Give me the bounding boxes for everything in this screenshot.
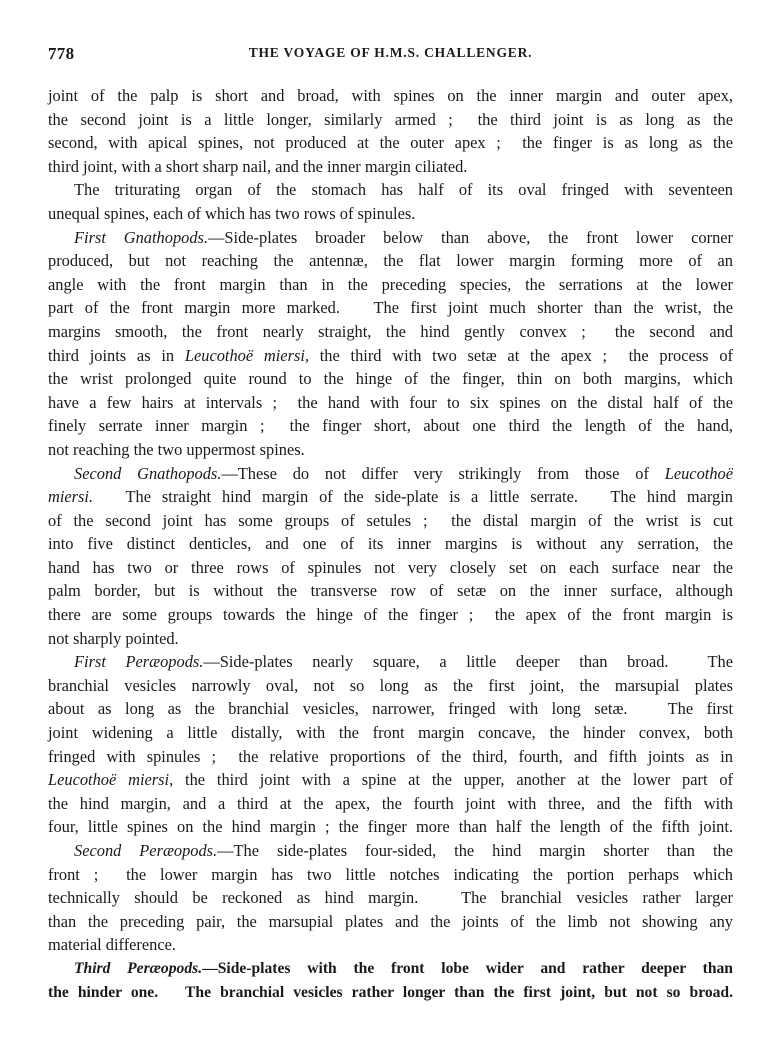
text-line: third joint, with a short sharp nail, an…: [48, 155, 733, 179]
text-line: there are some groups towards the hinge …: [48, 603, 733, 627]
text-line: First Peræopods.—Side-plates nearly squa…: [48, 650, 733, 674]
text-line: Leucothoë miersi, the third joint with a…: [48, 768, 733, 792]
text-span: hand has two or three rows of spinules n…: [48, 558, 733, 577]
italic-text: miersi.: [48, 487, 93, 506]
text-span: the hinder one. The branchial vesicles r…: [48, 984, 733, 1001]
text-line: The triturating organ of the stomach has…: [48, 178, 733, 202]
text-span: produced, but not reaching the antennæ, …: [48, 251, 733, 270]
document-page: 778 THE VOYAGE OF H.M.S. CHALLENGER. joi…: [48, 44, 733, 1004]
italic-text: First Peræopods.: [74, 652, 203, 671]
text-line: margins smooth, the front nearly straigh…: [48, 320, 733, 344]
text-line: than the preceding pair, the marsupial p…: [48, 910, 733, 934]
text-line: Third Peræopods.—Side-plates with the fr…: [48, 957, 733, 981]
text-line: branchial vesicles narrowly oval, not so…: [48, 674, 733, 698]
text-line: not reaching the two uppermost spines.: [48, 438, 733, 462]
text-span: third joints as in: [48, 346, 185, 365]
text-span: , the third with two setæ at the apex ; …: [305, 346, 733, 365]
text-line: technically should be reckoned as hind m…: [48, 886, 733, 910]
text-line: four, little spines on the hind margin ;…: [48, 815, 733, 839]
text-span: part of the front margin more marked. Th…: [48, 298, 733, 317]
text-line: of the second joint has some groups of s…: [48, 509, 733, 533]
text-line: miersi. The straight hind margin of the …: [48, 485, 733, 509]
text-line: finely serrate inner margin ; the finger…: [48, 414, 733, 438]
text-span: material difference.: [48, 935, 176, 954]
text-span: of the second joint has some groups of s…: [48, 511, 733, 530]
text-span: there are some groups towards the hinge …: [48, 605, 733, 624]
body-text: joint of the palp is short and broad, wi…: [48, 84, 733, 1004]
text-line: not sharply pointed.: [48, 627, 733, 651]
text-span: —These do not differ very strikingly fro…: [221, 464, 664, 483]
text-span: The straight hind margin of the side-pla…: [93, 487, 733, 506]
text-span: fringed with spinules ; the relative pro…: [48, 747, 733, 766]
italic-text: Second Gnathopods.: [74, 464, 221, 483]
text-line: palm border, but is without the transver…: [48, 579, 733, 603]
text-line: Second Gnathopods.—These do not differ v…: [48, 462, 733, 486]
text-line: angle with the front margin than in the …: [48, 273, 733, 297]
text-span: —Side-plates nearly square, a little dee…: [203, 652, 733, 671]
italic-text: First Gnathopods.: [74, 228, 208, 247]
text-line: First Gnathopods.—Side-plates broader be…: [48, 226, 733, 250]
text-line: material difference.: [48, 933, 733, 957]
italic-text: Third Peræopods.: [74, 960, 202, 977]
text-line: part of the front margin more marked. Th…: [48, 296, 733, 320]
text-span: finely serrate inner margin ; the finger…: [48, 416, 733, 435]
text-line: the wrist prolonged quite round to the h…: [48, 367, 733, 391]
text-line: the hind margin, and a third at the apex…: [48, 792, 733, 816]
italic-text: Leucothoë: [665, 464, 733, 483]
text-span: technically should be reckoned as hind m…: [48, 888, 733, 907]
italic-text: Leucothoë miersi: [185, 346, 305, 365]
text-line: produced, but not reaching the antennæ, …: [48, 249, 733, 273]
text-span: into five distinct denticles, and one of…: [48, 534, 733, 553]
text-span: the hind margin, and a third at the apex…: [48, 794, 733, 813]
text-line: joint of the palp is short and broad, wi…: [48, 84, 733, 108]
text-line: Second Peræopods.—The side-plates four-s…: [48, 839, 733, 863]
text-line: joint widening a little distally, with t…: [48, 721, 733, 745]
text-span: —The side-plates four-sided, the hind ma…: [217, 841, 733, 860]
text-span: third joint, with a short sharp nail, an…: [48, 157, 467, 176]
running-head: 778 THE VOYAGE OF H.M.S. CHALLENGER.: [48, 44, 733, 68]
text-span: —Side-plates with the front lobe wider a…: [202, 960, 733, 977]
text-span: —Side-plates broader below than above, t…: [208, 228, 733, 247]
text-span: unequal spines, each of which has two ro…: [48, 204, 415, 223]
text-line: the second joint is a little longer, sim…: [48, 108, 733, 132]
text-line: front ; the lower margin has two little …: [48, 863, 733, 887]
text-span: , the third joint with a spine at the up…: [169, 770, 733, 789]
italic-text: Leucothoë miersi: [48, 770, 169, 789]
text-span: margins smooth, the front nearly straigh…: [48, 322, 733, 341]
text-span: the second joint is a little longer, sim…: [48, 110, 733, 129]
text-span: the wrist prolonged quite round to the h…: [48, 369, 733, 388]
text-span: second, with apical spines, not produced…: [48, 133, 733, 152]
text-span: not sharply pointed.: [48, 629, 179, 648]
text-span: The triturating organ of the stomach has…: [74, 180, 733, 199]
text-span: about as long as the branchial vesicles,…: [48, 699, 733, 718]
text-span: not reaching the two uppermost spines.: [48, 440, 305, 459]
text-span: four, little spines on the hind margin ;…: [48, 817, 733, 836]
text-line: about as long as the branchial vesicles,…: [48, 697, 733, 721]
text-span: angle with the front margin than in the …: [48, 275, 733, 294]
text-span: joint of the palp is short and broad, wi…: [48, 86, 733, 105]
text-span: have a few hairs at intervals ; the hand…: [48, 393, 733, 412]
text-line: have a few hairs at intervals ; the hand…: [48, 391, 733, 415]
text-span: palm border, but is without the transver…: [48, 581, 733, 600]
text-line: third joints as in Leucothoë miersi, the…: [48, 344, 733, 368]
text-span: than the preceding pair, the marsupial p…: [48, 912, 733, 931]
text-line: hand has two or three rows of spinules n…: [48, 556, 733, 580]
text-span: joint widening a little distally, with t…: [48, 723, 733, 742]
text-line: fringed with spinules ; the relative pro…: [48, 745, 733, 769]
text-span: front ; the lower margin has two little …: [48, 865, 733, 884]
text-line: unequal spines, each of which has two ro…: [48, 202, 733, 226]
italic-text: Second Peræopods.: [74, 841, 217, 860]
text-span: branchial vesicles narrowly oval, not so…: [48, 676, 733, 695]
text-line: the hinder one. The branchial vesicles r…: [48, 981, 733, 1005]
running-title: THE VOYAGE OF H.M.S. CHALLENGER.: [48, 45, 733, 62]
text-line: second, with apical spines, not produced…: [48, 131, 733, 155]
text-line: into five distinct denticles, and one of…: [48, 532, 733, 556]
